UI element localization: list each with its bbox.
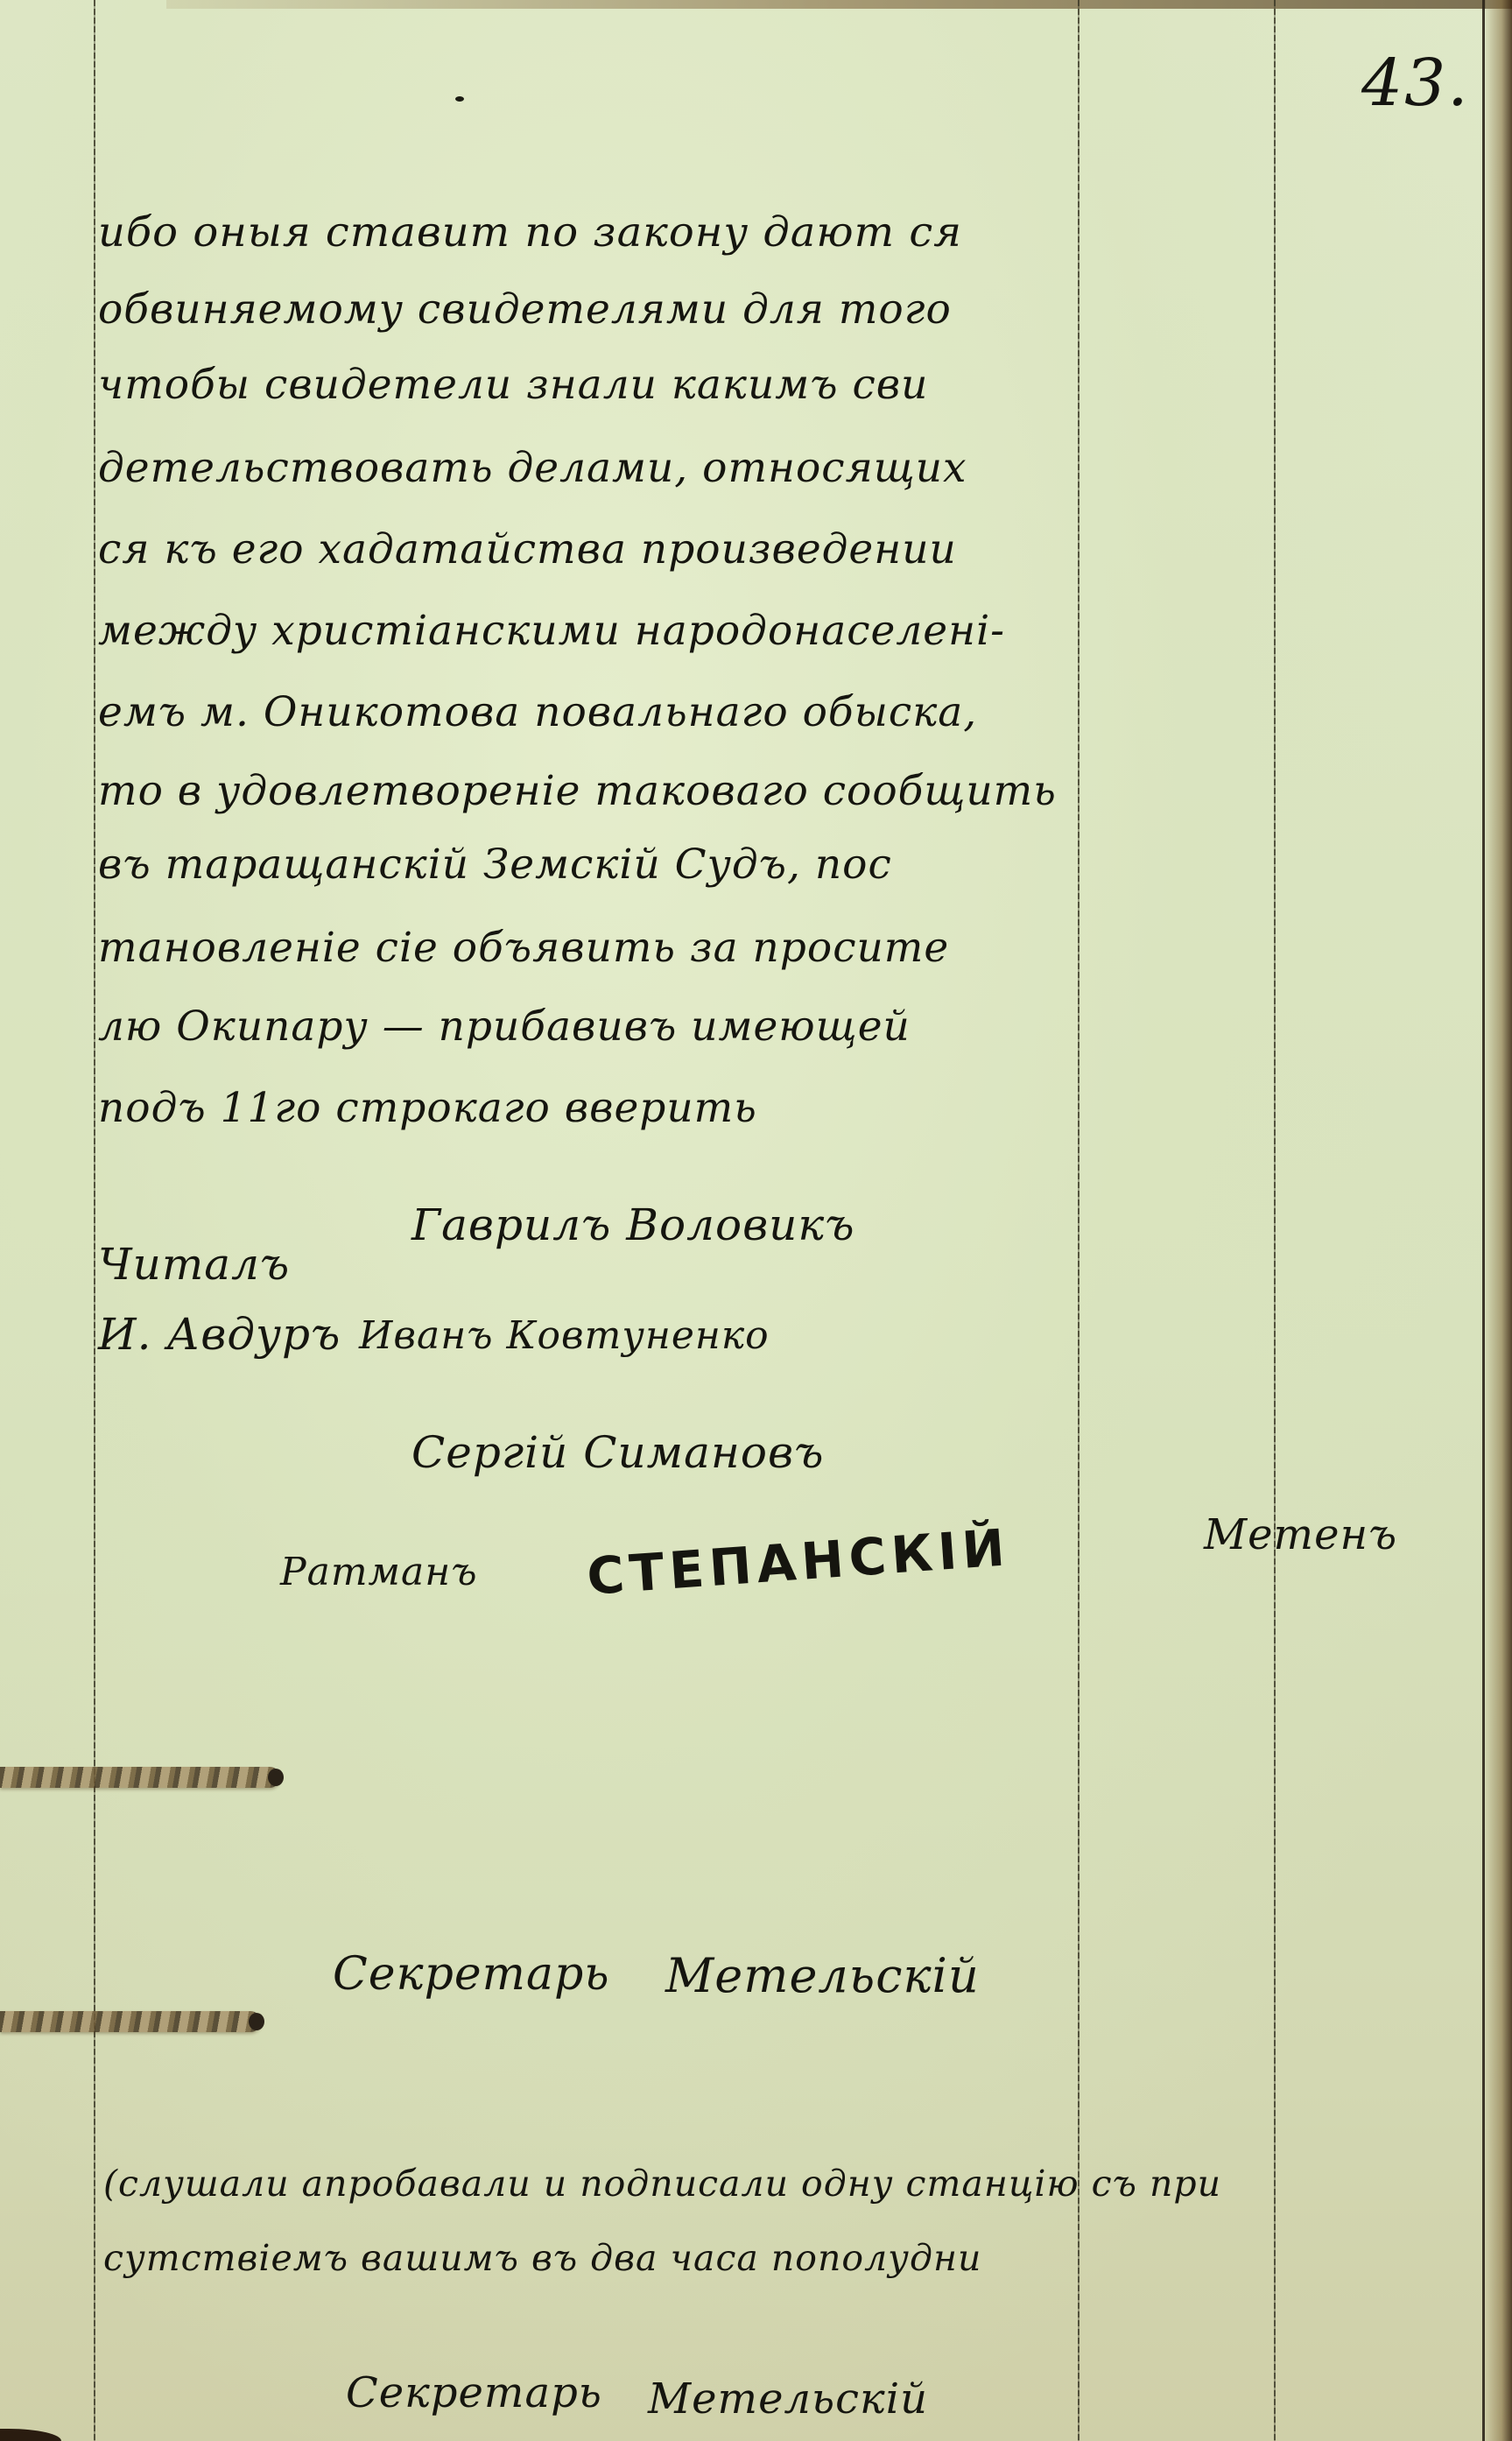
margin-signature-meten: Метенъ bbox=[1204, 1510, 1397, 1559]
column-rule-2 bbox=[1274, 0, 1276, 2441]
signature-stepanskiy: СТЕПАНСКІЙ bbox=[585, 1517, 1011, 1607]
body-line-10: тановленіе сіе объявить за просите bbox=[98, 924, 949, 972]
ink-blot bbox=[455, 96, 464, 102]
binding-twine-upper bbox=[0, 1767, 280, 1788]
signature-initials: И. Авдуръ bbox=[98, 1309, 341, 1360]
secretary-title-2: Секретарь bbox=[346, 2368, 602, 2417]
signature-gavril-volovik: Гаврилъ Воловикъ bbox=[411, 1199, 855, 1250]
body-line-4: детельствовать делами, относящих bbox=[98, 444, 967, 492]
body-line-2: обвиняемому свидетелями для того bbox=[98, 285, 952, 334]
body-line-7: емъ м. Оникотова повальнаго обыска, bbox=[98, 688, 977, 736]
body-line-5: ся къ его хадатайства произведении bbox=[98, 525, 957, 573]
page-top-edge bbox=[166, 0, 1512, 9]
page-corner-tear bbox=[0, 2429, 61, 2441]
column-rule-1 bbox=[1078, 0, 1079, 2441]
body-line-9: въ таращанскій Земскій Судъ, пос bbox=[98, 841, 892, 889]
secretary-name-2: Метельскій bbox=[648, 2374, 928, 2423]
right-edge-rule bbox=[1482, 0, 1485, 2441]
body-line-1: ибо оныя ставит по закону дают ся bbox=[98, 208, 962, 257]
body-line-12: подъ 11го строкаго вверить bbox=[98, 1084, 757, 1132]
binding-twine-lower bbox=[0, 2011, 261, 2032]
body-line-6: между христіанскими народонаселені- bbox=[98, 607, 1005, 655]
ratman-label: Ратманъ bbox=[280, 1550, 478, 1594]
body-line-3: чтобы свидетели знали какимъ сви bbox=[98, 361, 928, 409]
secretary-title-1: Секретарь bbox=[333, 1948, 610, 2001]
secretary-name-1: Метельскій bbox=[665, 1948, 980, 2003]
signature-sergiy-simanov: Сергій Симановъ bbox=[411, 1427, 824, 1478]
body-line-11: лю Окипару — прибавивъ имеющей bbox=[98, 1002, 911, 1051]
closing-note-line-1: (слушали апробавали и подписали одну ста… bbox=[103, 2163, 1221, 2205]
signature-ivan-kovtunenko: Иванъ Ковтуненко bbox=[359, 1313, 770, 1358]
left-margin-rule bbox=[94, 0, 95, 2441]
folio-number: 43. bbox=[1361, 46, 1470, 121]
archival-page: 43. ибо оныя ставит по закону дают ся об… bbox=[0, 0, 1512, 2441]
read-label: Читалъ bbox=[98, 1239, 290, 1290]
binding-shadow bbox=[1486, 0, 1512, 2441]
body-line-8: то в удовлетвореніе таковаго сообщить bbox=[98, 767, 1057, 815]
closing-note-line-2: сутствіемъ вашимъ въ два часа пополудни bbox=[103, 2237, 981, 2279]
